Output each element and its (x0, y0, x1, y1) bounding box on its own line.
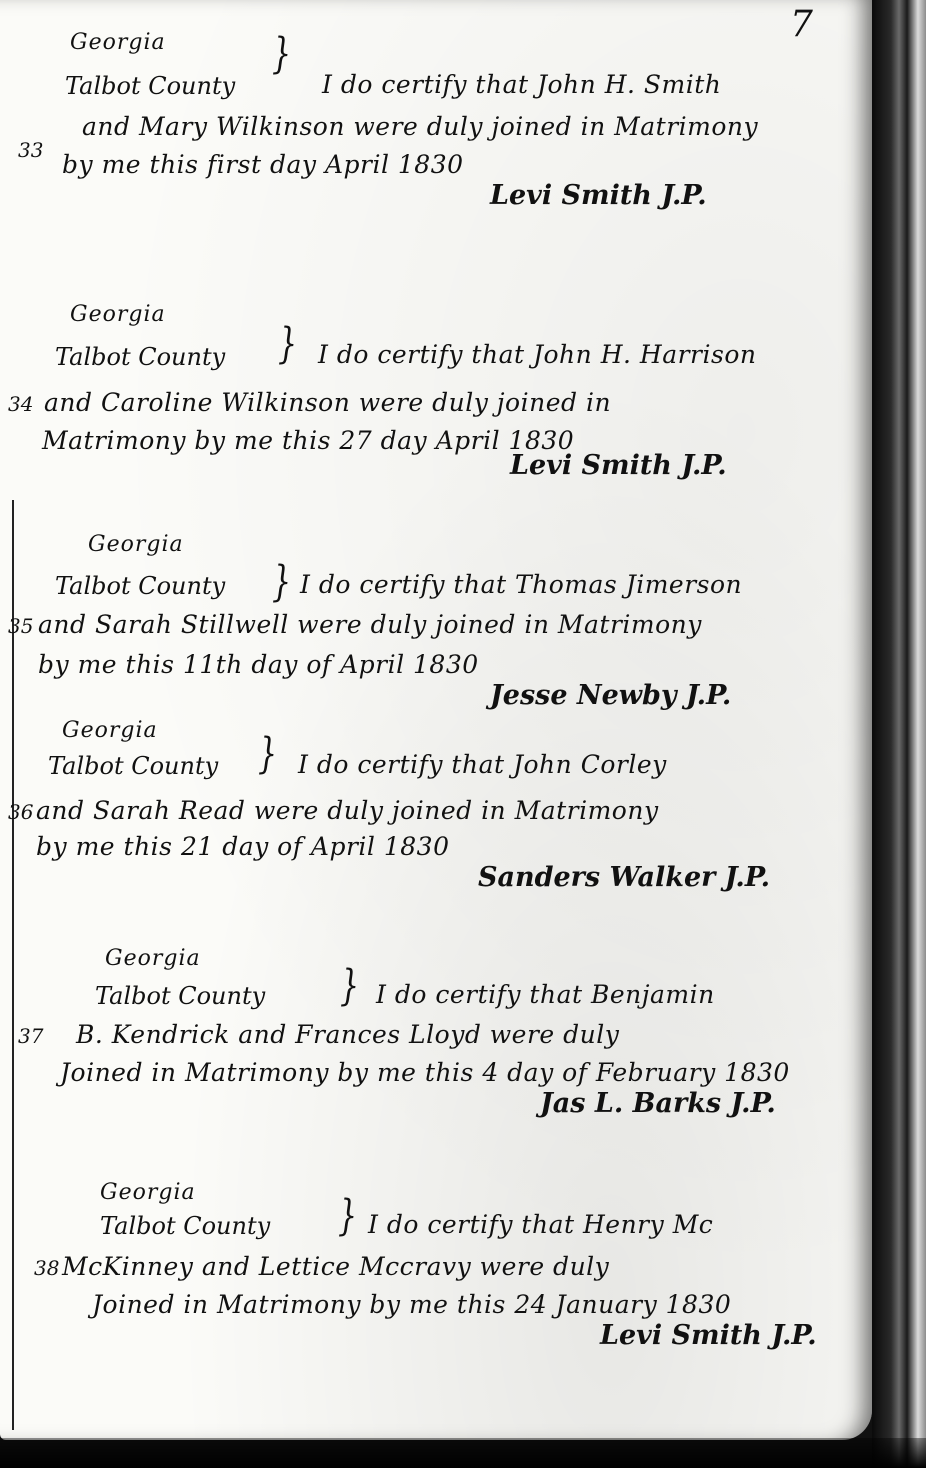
brace-symbol: } (272, 34, 291, 76)
entry-county: Talbot County (100, 1212, 270, 1240)
entry-number: 34 (8, 392, 33, 416)
entry-line-1: I do certify that John H. Harrison (318, 340, 756, 369)
book-binding (872, 0, 926, 1468)
entry-line-1: I do certify that John Corley (298, 750, 667, 779)
entry-line-2: and Sarah Read were duly joined in Matri… (36, 796, 659, 825)
entry-signature: Jesse Newby J.P. (490, 680, 731, 711)
page-number: 7 (790, 4, 813, 45)
entry-line-2: and Caroline Wilkinson were duly joined … (44, 388, 611, 417)
entry-line-2: and Sarah Stillwell were duly joined in … (38, 610, 702, 639)
register-page: 7 Georgia } Talbot County I do certify t… (0, 0, 872, 1440)
entry-number: 37 (18, 1024, 43, 1048)
entry-line-1: I do certify that Henry Mc (368, 1210, 713, 1239)
page-bottom-edge (0, 1438, 926, 1468)
brace-symbol: } (340, 966, 359, 1008)
entry-state: Georgia (88, 532, 184, 557)
entry-line-3: by me this 11th day of April 1830 (38, 650, 479, 679)
entry-county: Talbot County (65, 72, 235, 100)
entry-state: Georgia (70, 302, 166, 327)
entry-state: Georgia (100, 1180, 196, 1205)
left-margin-rule (12, 500, 14, 1430)
entry-county: Talbot County (95, 982, 265, 1010)
entry-line-3: Joined in Matrimony by me this 4 day of … (60, 1058, 790, 1087)
entry-line-3: by me this 21 day of April 1830 (36, 832, 450, 861)
entry-line-3: Joined in Matrimony by me this 24 Januar… (92, 1290, 731, 1319)
entry-signature: Levi Smith J.P. (490, 180, 707, 211)
entry-number: 38 (34, 1256, 59, 1280)
brace-symbol: } (338, 1196, 357, 1238)
entry-number: 36 (8, 800, 33, 824)
brace-symbol: } (278, 324, 297, 366)
entry-number: 35 (8, 614, 33, 638)
entry-line-2: McKinney and Lettice Mccravy were duly (62, 1252, 609, 1281)
entry-signature: Levi Smith J.P. (600, 1320, 817, 1351)
brace-symbol: } (258, 734, 277, 776)
entry-line-1: I do certify that Thomas Jimerson (300, 570, 742, 599)
entry-number: 33 (18, 138, 43, 162)
entry-line-2: and Mary Wilkinson were duly joined in M… (82, 112, 758, 141)
entry-line-3: by me this first day April 1830 (62, 150, 464, 179)
entry-line-1: I do certify that Benjamin (376, 980, 715, 1009)
entry-signature: Levi Smith J.P. (510, 450, 727, 481)
entry-signature: Sanders Walker J.P. (478, 862, 770, 893)
brace-symbol: } (272, 562, 291, 604)
entry-signature: Jas L. Barks J.P. (540, 1088, 776, 1119)
entry-state: Georgia (70, 30, 166, 55)
entry-county: Talbot County (55, 572, 225, 600)
entry-line-1: I do certify that John H. Smith (322, 70, 721, 99)
entry-line-3: Matrimony by me this 27 day April 1830 (42, 426, 574, 455)
entry-line-2: B. Kendrick and Frances Lloyd were duly (76, 1020, 619, 1049)
entry-state: Georgia (105, 946, 201, 971)
entry-county: Talbot County (55, 343, 225, 371)
entry-state: Georgia (62, 718, 158, 743)
entry-county: Talbot County (48, 752, 218, 780)
